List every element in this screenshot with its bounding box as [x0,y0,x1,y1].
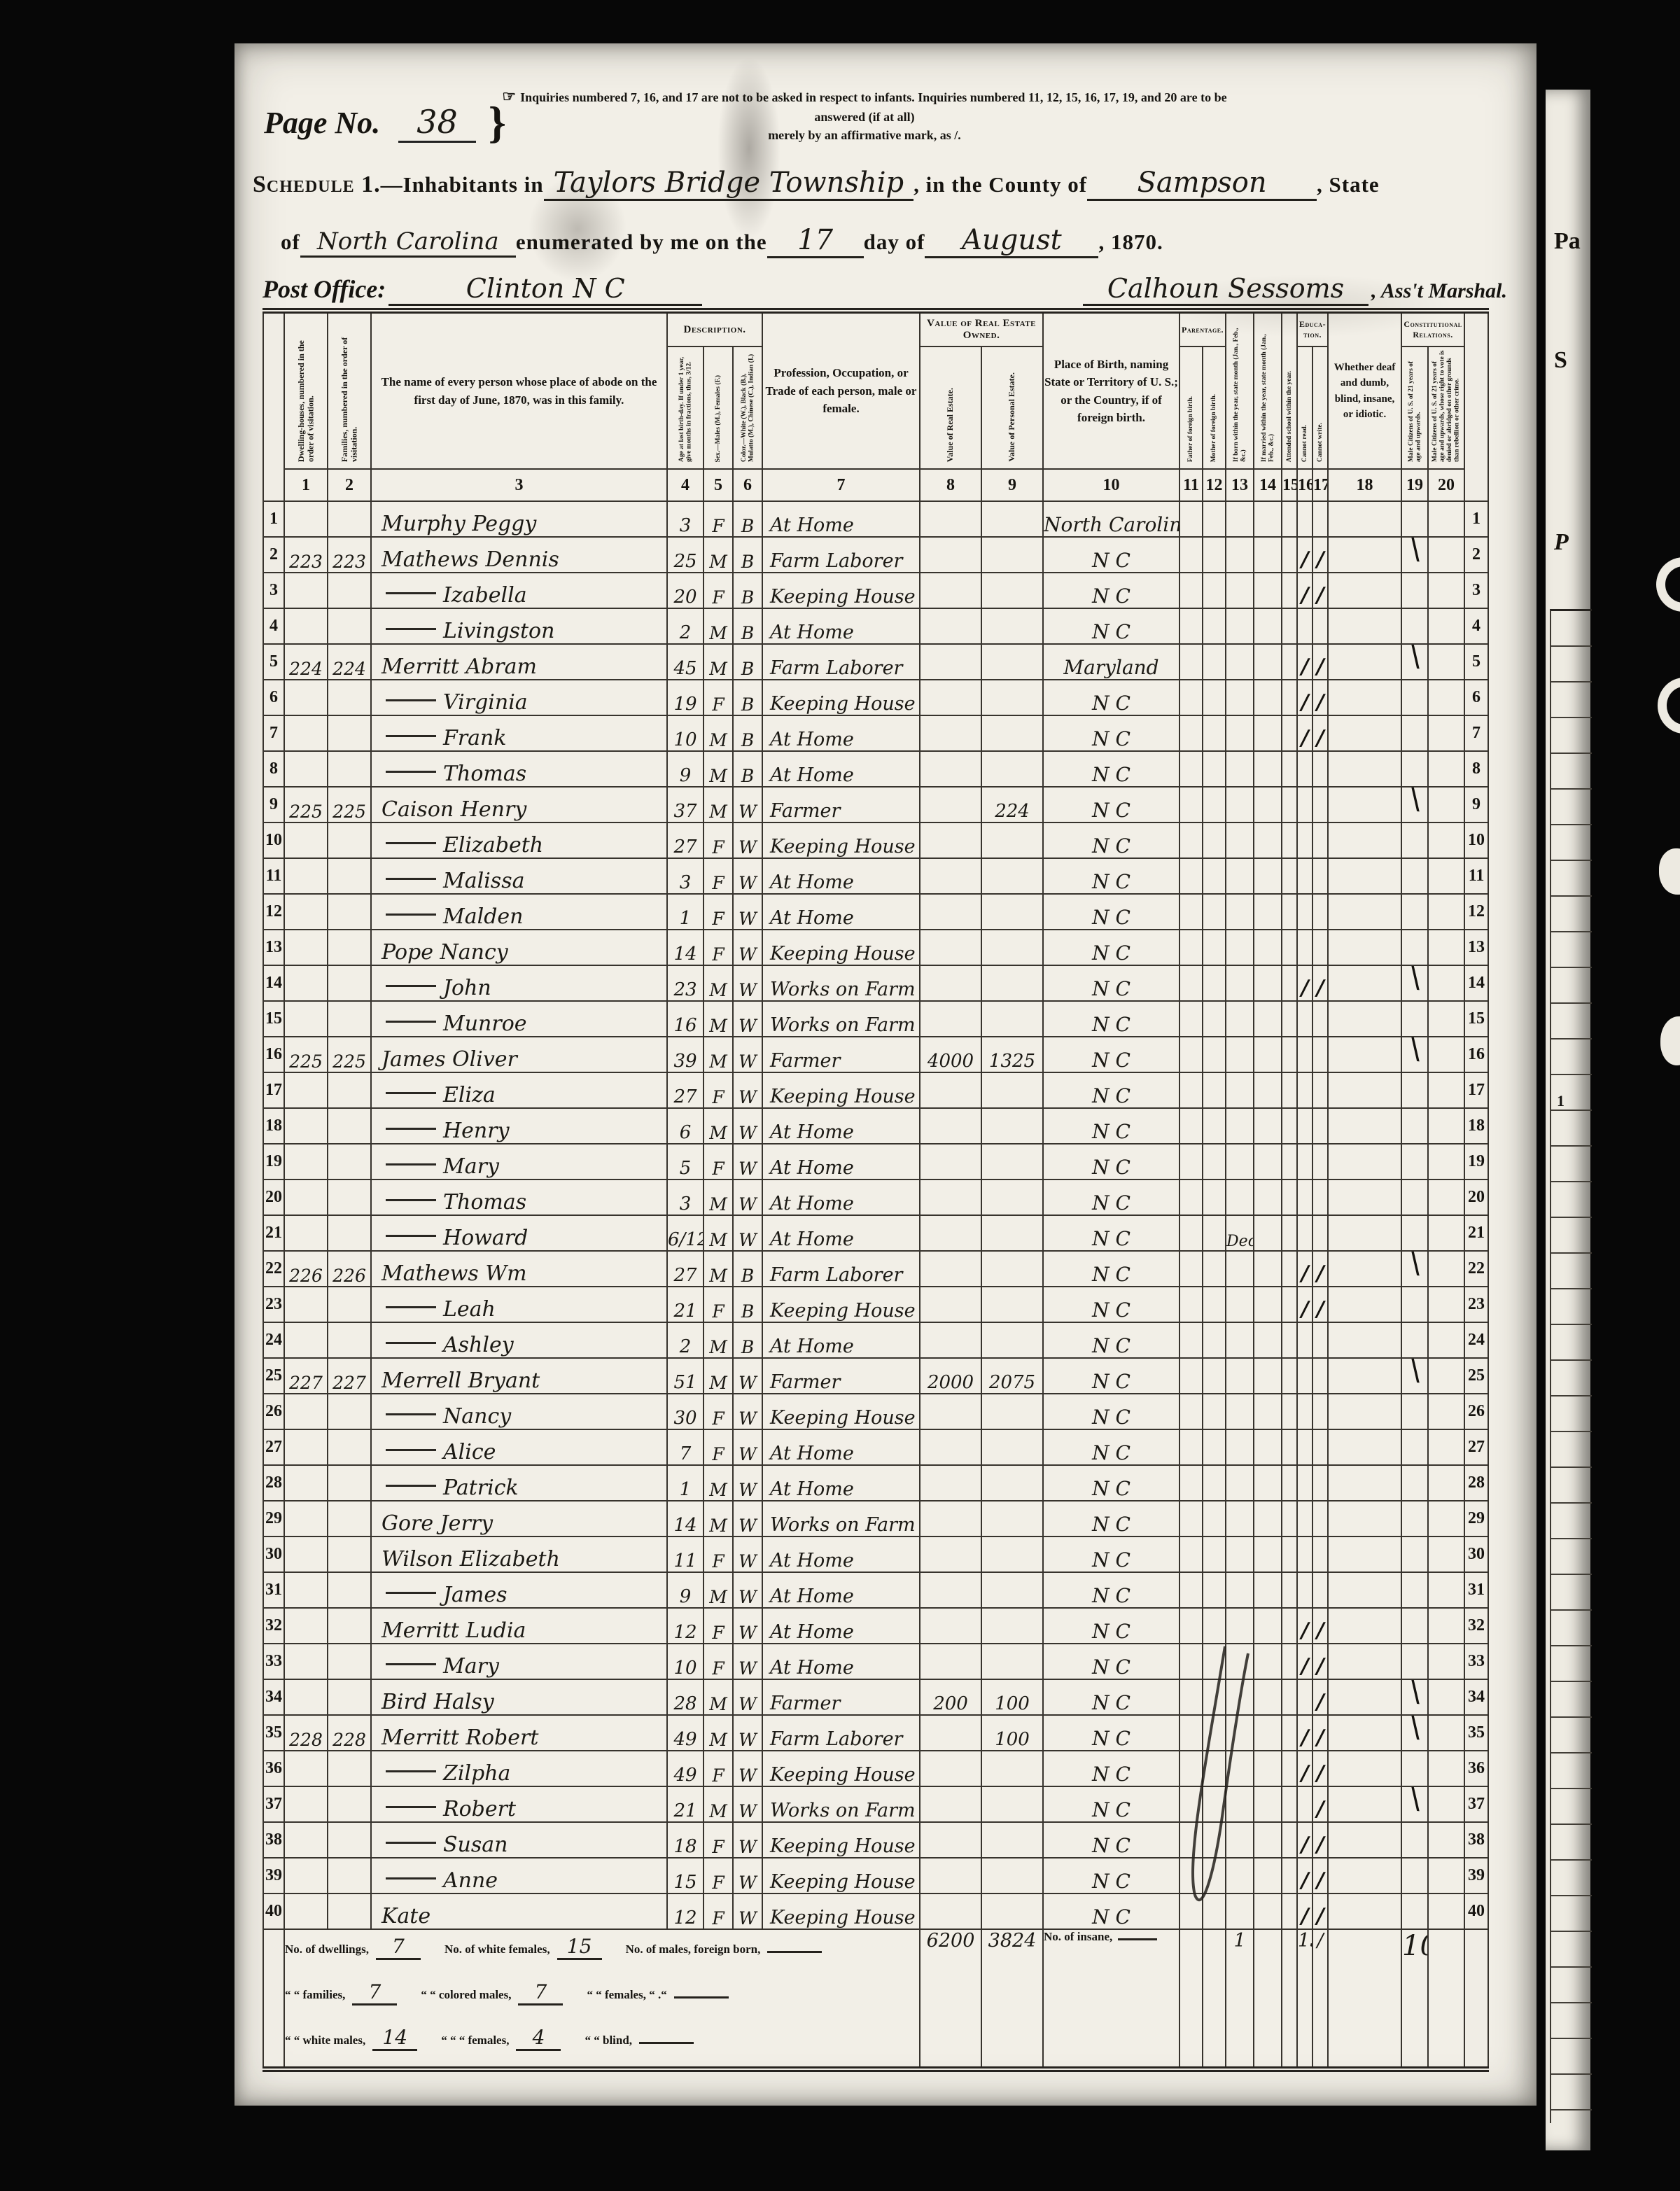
mother-foreign-birth [1203,537,1226,573]
column-number: 20 [1428,469,1464,501]
deaf-dumb-note [1328,1287,1401,1322]
col-header-sex: Sex.—Males (M.), Females (F.) [703,346,733,469]
family-number [328,573,371,608]
attended-school [1282,965,1297,1001]
birth-month [1226,1001,1254,1037]
deaf-dumb-note [1328,1822,1401,1858]
row-number-right: 16 [1464,1037,1488,1072]
row-number-left: 31 [263,1572,284,1608]
dwelling-number [284,1144,328,1179]
occupation: At Home [762,1644,920,1679]
sex: F [703,1144,733,1179]
real-estate-value [920,1858,981,1893]
age: 5 [667,1144,703,1179]
row-number-left: 36 [263,1751,284,1786]
birthplace: N C [1043,1144,1179,1179]
row-number-left: 5 [263,644,284,680]
birthplace: N C [1043,894,1179,930]
col-header-families: Families, numbered in the order of visit… [328,311,371,469]
vote-denied-mark [1428,1536,1464,1572]
real-estate-value [920,1179,981,1215]
real-estate-value [920,965,981,1001]
row-number-right: 5 [1464,644,1488,680]
married-month [1254,894,1282,930]
color: B [733,1287,762,1322]
deaf-dumb-note [1328,715,1401,751]
cannot-read-mark [1297,1501,1312,1536]
row-number-right: 14 [1464,965,1488,1001]
male-citizen-mark: \ [1401,537,1428,573]
column-number: 18 [1328,469,1401,501]
cannot-write-mark: / [1312,680,1328,715]
row-number-right: 38 [1464,1822,1488,1858]
color: B [733,1322,762,1358]
person-name: Nancy [371,1394,667,1429]
cannot-write-mark [1312,1465,1328,1501]
family-number [328,858,371,894]
birthplace: N C [1043,1108,1179,1144]
family-number: 227 [328,1358,371,1394]
attended-school [1282,1108,1297,1144]
real-estate-value [920,644,981,680]
family-number: 225 [328,787,371,822]
attended-school [1282,608,1297,644]
col-header-real-estate: Value of Real Estate. [920,346,981,469]
person-name: Mary [371,1144,667,1179]
cannot-read-mark [1297,751,1312,787]
cannot-read-mark [1297,1394,1312,1429]
sex: F [703,930,733,965]
attended-school [1282,644,1297,680]
row-number-left: 17 [263,1072,284,1108]
birthplace: N C [1043,1001,1179,1037]
deaf-dumb-note [1328,1429,1401,1465]
father-foreign-birth [1179,715,1203,751]
male-citizen-mark [1401,715,1428,751]
person-name: Merritt Abram [371,644,667,680]
father-foreign-birth [1179,608,1203,644]
birthplace: N C [1043,1179,1179,1215]
birth-month [1226,1072,1254,1108]
note-line-1: Inquiries numbered 7, 16, and 17 are not… [520,90,1226,124]
birthplace: N C [1043,787,1179,822]
cannot-read-mark [1297,1144,1312,1179]
color: B [733,751,762,787]
cannot-write-mark [1312,1394,1328,1429]
vote-denied-mark [1428,1715,1464,1751]
person-name: Bird Halsy [371,1679,667,1715]
occupation: At Home [762,1465,920,1501]
married-month [1254,1893,1282,1929]
family-number [328,1144,371,1179]
cannot-write-mark [1312,501,1328,537]
birthplace: N C [1043,1572,1179,1608]
married-month [1254,1858,1282,1893]
deaf-dumb-note [1328,858,1401,894]
person-name: Malissa [371,858,667,894]
table-row: 19Mary5FWAt HomeN C19 [263,1144,1488,1179]
day-of-label: day of [864,230,925,255]
male-citizen-mark: \ [1401,1358,1428,1394]
father-foreign-birth [1179,1322,1203,1358]
post-office-line: Post Office: Clinton N C Calhoun Sessoms… [262,273,1515,306]
vote-denied-mark [1428,930,1464,965]
cannot-write-mark: / [1312,1858,1328,1893]
dwelling-number [284,1108,328,1144]
personal-estate-value [981,1072,1043,1108]
table-row: 38Susan18FWKeeping HouseN C//38 [263,1822,1488,1858]
personal-estate-value [981,1394,1043,1429]
cannot-write-mark: / [1312,573,1328,608]
married-month [1254,573,1282,608]
personal-estate-value [981,501,1043,537]
sex: M [703,1358,733,1394]
vote-denied-mark [1428,1251,1464,1287]
birth-month [1226,608,1254,644]
family-number: 226 [328,1251,371,1287]
cannot-write-mark: / [1312,1893,1328,1929]
col-header-married-month: If married within the year, state month … [1254,311,1282,469]
age: 1 [667,1465,703,1501]
mother-foreign-birth [1203,1251,1226,1287]
column-number: 12 [1203,469,1226,501]
birth-month [1226,1322,1254,1358]
age: 10 [667,715,703,751]
table-row: 13Pope Nancy14FWKeeping HouseN C13 [263,930,1488,965]
footer-empty [1328,1929,1401,2069]
deaf-dumb-note [1328,1465,1401,1501]
personal-estate-value [981,1465,1043,1501]
father-foreign-birth [1179,1144,1203,1179]
married-month [1254,1536,1282,1572]
next-page-row-number: 1 [1557,1092,1564,1110]
schedule-label: Schedule 1.—Inhabitants in [253,171,544,198]
person-name: Eliza [371,1072,667,1108]
group-header-education: Educa-tion. [1297,311,1328,346]
row-number-left: 11 [263,858,284,894]
married-month [1254,858,1282,894]
sex: F [703,1751,733,1786]
schedule-line: Schedule 1.—Inhabitants in Taylors Bridg… [253,167,1521,201]
male-citizen-mark [1401,573,1428,608]
deaf-dumb-note [1328,751,1401,787]
deaf-dumb-note [1328,1893,1401,1929]
next-page-sliver: Pa S P 1 [1546,90,1590,2150]
attended-school [1282,1037,1297,1072]
row-number-right: 11 [1464,858,1488,894]
vote-denied-mark [1428,1394,1464,1429]
vote-denied-mark [1428,858,1464,894]
occupation: Farm Laborer [762,644,920,680]
personal-estate-value [981,1822,1043,1858]
person-name: Frank [371,715,667,751]
married-month [1254,1501,1282,1536]
sex: M [703,537,733,573]
personal-estate-value [981,573,1043,608]
attended-school [1282,1287,1297,1322]
real-estate-value [920,608,981,644]
film-blob-mark [1660,1016,1680,1065]
occupation: At Home [762,858,920,894]
personal-estate-value [981,1893,1043,1929]
family-number [328,1429,371,1465]
vote-denied-mark [1428,1822,1464,1858]
page-number-label: Page No. [264,105,380,141]
column-number: 5 [703,469,733,501]
cannot-read-mark: / [1297,1893,1312,1929]
attended-school [1282,1322,1297,1358]
group-header-constitutional: Constitutional Relations. [1401,311,1464,346]
father-foreign-birth [1179,1001,1203,1037]
footer-empty [1254,1929,1282,2069]
birth-month [1226,1679,1254,1715]
occupation: At Home [762,501,920,537]
birthplace: N C [1043,1679,1179,1715]
married-month [1254,930,1282,965]
row-number-right: 21 [1464,1215,1488,1251]
vote-denied-mark [1428,680,1464,715]
deaf-dumb-note [1328,1679,1401,1715]
attended-school [1282,1072,1297,1108]
age: 37 [667,787,703,822]
birth-month [1226,787,1254,822]
birthplace: N C [1043,537,1179,573]
row-number-left: 18 [263,1108,284,1144]
birthplace: N C [1043,1858,1179,1893]
color: W [733,1751,762,1786]
cannot-write-mark [1312,1536,1328,1572]
attended-school [1282,1786,1297,1822]
birth-month [1226,1822,1254,1858]
attended-school [1282,858,1297,894]
color: W [733,1465,762,1501]
male-citizen-mark [1401,680,1428,715]
cannot-read-mark: / [1297,644,1312,680]
personal-estate-value: 100 [981,1679,1043,1715]
cannot-read-mark: / [1297,1608,1312,1644]
deaf-dumb-note [1328,1215,1401,1251]
footer-right-cell [1464,1929,1488,2069]
father-foreign-birth [1179,1644,1203,1679]
father-foreign-birth [1179,965,1203,1001]
row-number-header-left [263,311,284,501]
real-estate-value [920,894,981,930]
dwelling-number [284,822,328,858]
real-estate-value [920,1001,981,1037]
cannot-write-mark: / [1312,1751,1328,1786]
vote-denied-mark [1428,1893,1464,1929]
deaf-dumb-note [1328,537,1401,573]
father-foreign-birth [1179,894,1203,930]
footer-mark-c16: 15 [1297,1929,1312,2069]
birthplace: N C [1043,1037,1179,1072]
sum-white-males: “ “ white males,14 [285,2026,417,2051]
personal-estate-value [981,1536,1043,1572]
real-estate-value [920,1287,981,1322]
male-citizen-mark [1401,1072,1428,1108]
cannot-write-mark [1312,608,1328,644]
birthplace: N C [1043,1751,1179,1786]
male-citizen-mark [1401,1287,1428,1322]
row-number-right: 17 [1464,1072,1488,1108]
cannot-read-mark: / [1297,680,1312,715]
real-estate-value [920,1715,981,1751]
married-month [1254,1644,1282,1679]
birth-month [1226,822,1254,858]
cannot-write-mark [1312,822,1328,858]
real-estate-value [920,573,981,608]
cannot-read-mark [1297,822,1312,858]
person-name: Anne [371,1858,667,1893]
person-name: Robert [371,1786,667,1822]
person-name: Merritt Robert [371,1715,667,1751]
real-estate-value: 4000 [920,1037,981,1072]
row-number-right: 39 [1464,1858,1488,1893]
cannot-read-mark [1297,1429,1312,1465]
birthplace: N C [1043,1358,1179,1394]
attended-school [1282,787,1297,822]
real-estate-value [920,1465,981,1501]
scan-smudge [717,57,780,239]
personal-estate-value [981,1608,1043,1644]
dwelling-number [284,1644,328,1679]
birth-month [1226,644,1254,680]
age: 14 [667,1501,703,1536]
attended-school [1282,1822,1297,1858]
person-name: Kate [371,1893,667,1929]
person-name: Livingston [371,608,667,644]
person-name: Wilson Elizabeth [371,1536,667,1572]
cannot-read-mark: / [1297,573,1312,608]
column-number: 16 [1297,469,1312,501]
dwelling-number [284,1822,328,1858]
row-number-left: 4 [263,608,284,644]
mother-foreign-birth [1203,715,1226,751]
dwelling-number: 223 [284,537,328,573]
birthplace: N C [1043,715,1179,751]
vote-denied-mark [1428,715,1464,751]
attended-school [1282,1501,1297,1536]
sum-colored-females: “ “ “ females,4 [441,2026,561,2051]
family-number [328,1786,371,1822]
occupation: Farmer [762,1679,920,1715]
marshal-group: Calhoun Sessoms , Ass't Marshal. [1083,273,1507,306]
mother-foreign-birth [1203,1037,1226,1072]
mother-foreign-birth [1203,858,1226,894]
male-citizen-mark [1401,501,1428,537]
person-name: Merrell Bryant [371,1358,667,1394]
row-number-right: 19 [1464,1144,1488,1179]
sum-females-foreign: “ “ females, “ .“ [587,1975,728,2002]
family-number [328,1644,371,1679]
table-row: 21Howard6/12MWAt HomeN CDec)21 [263,1215,1488,1251]
sum-dwellings: No. of dwellings,7 [285,1935,421,1960]
occupation: Farm Laborer [762,537,920,573]
cannot-read-mark: / [1297,537,1312,573]
cannot-read-mark [1297,1108,1312,1144]
birth-month [1226,1144,1254,1179]
real-estate-value [920,930,981,965]
personal-estate-value [981,1429,1043,1465]
age: 3 [667,501,703,537]
attended-school [1282,1251,1297,1287]
deaf-dumb-note [1328,1751,1401,1786]
of-label: of [281,230,300,255]
mother-foreign-birth [1203,1465,1226,1501]
vote-denied-mark [1428,1465,1464,1501]
row-number-right: 32 [1464,1608,1488,1644]
cannot-read-mark [1297,1179,1312,1215]
age: 1 [667,894,703,930]
mother-foreign-birth [1203,1858,1226,1893]
occupation: Works on Farm [762,1501,920,1536]
age: 20 [667,573,703,608]
father-foreign-birth [1179,1358,1203,1394]
dwelling-number: 227 [284,1358,328,1394]
table-row: 24Ashley2MBAt HomeN C24 [263,1322,1488,1358]
birthplace: N C [1043,1465,1179,1501]
father-foreign-birth [1179,1893,1203,1929]
post-office-value: Clinton N C [388,273,702,306]
occupation: At Home [762,715,920,751]
mother-foreign-birth [1203,1072,1226,1108]
dwelling-number: 224 [284,644,328,680]
personal-estate-value [981,1572,1043,1608]
color: W [733,822,762,858]
birth-month [1226,1608,1254,1644]
deaf-dumb-note [1328,787,1401,822]
vote-denied-mark [1428,1358,1464,1394]
row-number-right: 6 [1464,680,1488,715]
birthplace: N C [1043,1644,1179,1679]
color: W [733,1037,762,1072]
attended-school [1282,573,1297,608]
personal-estate-value [981,1215,1043,1251]
birthplace: N C [1043,1608,1179,1644]
row-number-left: 1 [263,501,284,537]
attended-school [1282,1751,1297,1786]
table-row: 36Zilpha49FWKeeping HouseN C//36 [263,1751,1488,1786]
footer-empty [1282,1929,1297,2069]
total-real-estate: 6200 [920,1929,981,2069]
mother-foreign-birth [1203,1536,1226,1572]
deaf-dumb-note [1328,1037,1401,1072]
deaf-dumb-note [1328,1536,1401,1572]
male-citizen-mark [1401,1822,1428,1858]
row-number-left: 22 [263,1251,284,1287]
attended-school [1282,1644,1297,1679]
footer-mark-c17: / [1312,1929,1328,2069]
sex: F [703,894,733,930]
mother-foreign-birth [1203,1608,1226,1644]
footer-empty [1428,1929,1464,2069]
row-number-right: 22 [1464,1251,1488,1287]
real-estate-value [920,501,981,537]
attended-school [1282,1465,1297,1501]
col-header-personal-estate: Value of Personal Estate. [981,346,1043,469]
attended-school [1282,1536,1297,1572]
father-foreign-birth [1179,680,1203,715]
table-row: 6Virginia19FBKeeping HouseN C//6 [263,680,1488,715]
row-number-right: 3 [1464,573,1488,608]
cannot-write-mark [1312,930,1328,965]
mother-foreign-birth [1203,787,1226,822]
age: 25 [667,537,703,573]
father-foreign-birth [1179,1287,1203,1322]
table-row: 8Thomas9MBAt HomeN C8 [263,751,1488,787]
cannot-read-mark [1297,1572,1312,1608]
real-estate-value [920,822,981,858]
